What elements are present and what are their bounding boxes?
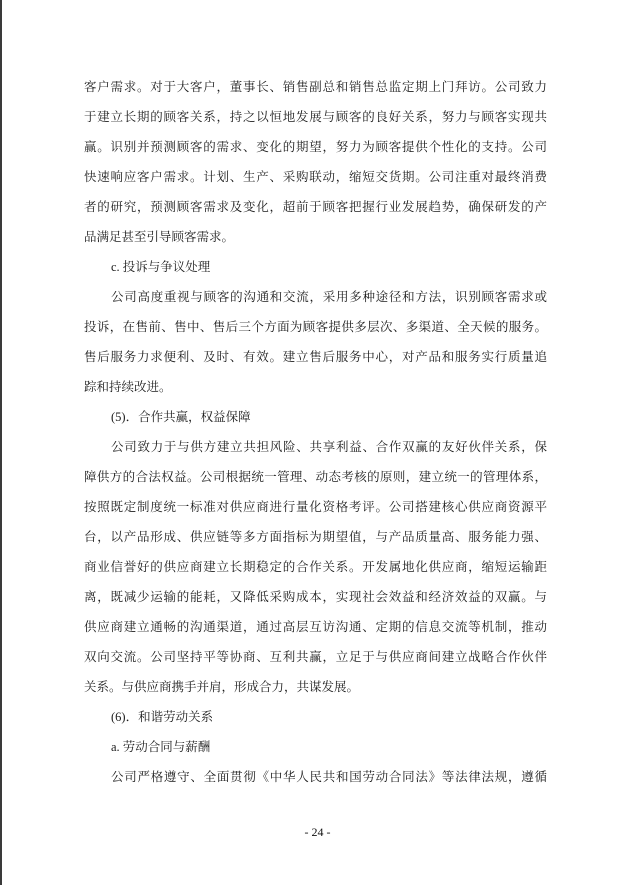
text-line: 公司致力于与供方建立共担风险、共享利益、合作双赢的友好伙伴关系，保	[84, 432, 547, 462]
page-number: - 24 -	[0, 824, 635, 840]
scan-edge-line	[0, 0, 2, 885]
text-line: 离，既减少运输的能耗，又降低采购成本，实现社会效益和经济效益的双赢。与	[84, 582, 547, 612]
text-line: 障供方的合法权益。公司根据统一管理、动态考核的原则，建立统一的管理体系，	[84, 462, 547, 492]
text-line: 关系。与供应商携手并肩，形成合力，共谋发展。	[84, 672, 547, 702]
text-line: 者的研究，预测顾客需求及变化，超前于顾客把握行业发展趋势，确保研发的产	[84, 192, 547, 222]
text-line: 商业信誉好的供应商建立长期稳定的合作关系。开发属地化供应商，缩短运输距	[84, 552, 547, 582]
heading-line: a. 劳动合同与薪酬	[84, 732, 547, 762]
text-line: 投诉，在售前、售中、售后三个方面为顾客提供多层次、多渠道、全天候的服务。	[84, 312, 547, 342]
text-line: 售后服务力求便利、及时、有效。建立售后服务中心，对产品和服务实行质量追	[84, 342, 547, 372]
text-line: 公司高度重视与顾客的沟通和交流，采用多种途径和方法，识别顾客需求或	[84, 282, 547, 312]
text-line: 供应商建立通畅的沟通渠道，通过高层互访沟通、定期的信息交流等机制，推动	[84, 612, 547, 642]
text-line: 赢。识别并预测顾客的需求、变化的期望，努力为顾客提供个性化的支持。公司	[84, 132, 547, 162]
text-line: 按照既定制度统一标准对供应商进行量化资格考评。公司搭建核心供应商资源平	[84, 492, 547, 522]
text-line: 双向交流。公司坚持平等协商、互利共赢，立足于与供应商间建立战略合作伙伴	[84, 642, 547, 672]
text-line: 客户需求。对于大客户，董事长、销售副总和销售总监定期上门拜访。公司致力	[84, 72, 547, 102]
text-line: 于建立长期的顾客关系，持之以恒地发展与顾客的良好关系，努力与顾客实现共	[84, 102, 547, 132]
text-line: 台，以产品形成、供应链等多方面指标为期望值，与产品质量高、服务能力强、	[84, 522, 547, 552]
heading-line: (6)．和谐劳动关系	[84, 702, 547, 732]
text-line: 踪和持续改进。	[84, 372, 547, 402]
text-line: 品满足甚至引导顾客需求。	[84, 222, 547, 252]
text-line: 公司严格遵守、全面贯彻《中华人民共和国劳动合同法》等法律法规，遵循	[84, 762, 547, 792]
document-page: 客户需求。对于大客户，董事长、销售副总和销售总监定期上门拜访。公司致力于建立长期…	[0, 0, 635, 885]
text-block: 客户需求。对于大客户，董事长、销售副总和销售总监定期上门拜访。公司致力于建立长期…	[84, 72, 547, 792]
heading-line: (5)．合作共赢，权益保障	[84, 402, 547, 432]
text-line: 快速响应客户需求。计划、生产、采购联动，缩短交货期。公司注重对最终消费	[84, 162, 547, 192]
heading-line: c. 投诉与争议处理	[84, 252, 547, 282]
